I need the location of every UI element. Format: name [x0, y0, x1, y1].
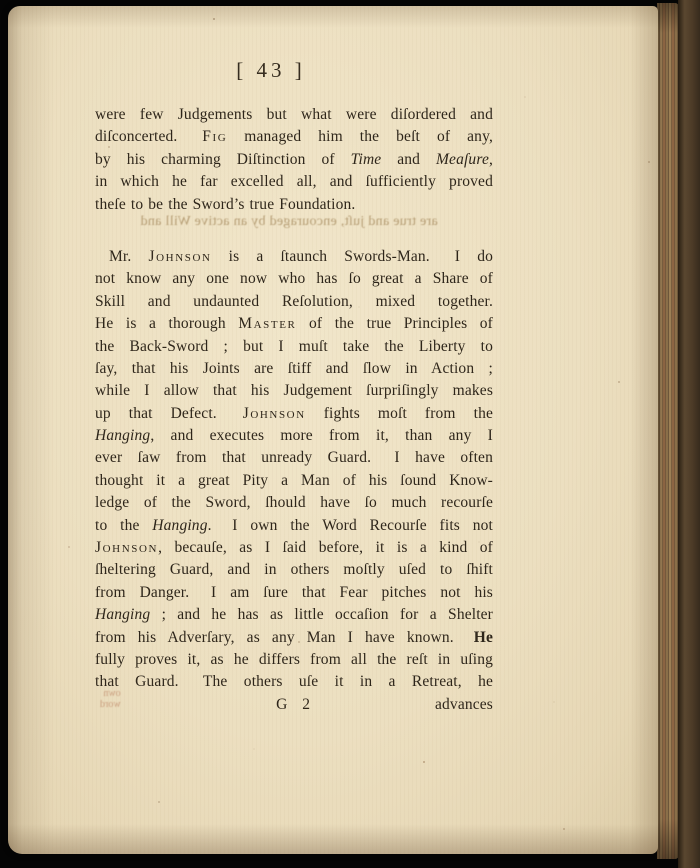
page-number: [ 43 ] — [72, 58, 470, 83]
text-segment: not know any one now who has ſo great a … — [95, 270, 493, 287]
text-line: ſheltering Guard, and in others moſtly u… — [95, 559, 493, 581]
text-line: were few Judgements but what were diſord… — [95, 104, 493, 126]
text-segment: Master — [238, 315, 296, 332]
text-line: to the Hanging. I own the Word Recourſe … — [95, 515, 493, 537]
text-segment: . I own the Word Recourſe fits not — [208, 517, 493, 534]
text-segment: is a ſtaunch Swords-Man. I do — [212, 248, 493, 265]
text-segment: of the true Principles of — [296, 315, 493, 332]
text-segment: from his Adverſary, as any Man I have kn… — [95, 629, 474, 646]
text-segment: fights moſt from the — [306, 405, 493, 422]
text-segment: were few Judgements but what were diſord… — [95, 106, 493, 123]
text-segment: , becauſe, as I ſaid before, it is a kin… — [158, 539, 493, 556]
text-line: by his charming Diſtinction of Time and … — [95, 149, 493, 171]
text-segment: theſe to be the Sword’s true Foundation. — [95, 196, 355, 213]
text-segment: that Guard. The others uſe it in a Retre… — [95, 673, 493, 690]
text-line: ever ſaw from that unready Guard. I have… — [95, 447, 493, 469]
text-segment: ; and he has as little occaſion for a Sh… — [150, 606, 493, 623]
text-line: from his Adverſary, as any Man I have kn… — [95, 627, 493, 649]
text-segment: ledge of the Sword, ſhould have ſo much … — [95, 494, 493, 511]
text-line: ſay, that his Joints are ſtiff and ſlow … — [95, 358, 493, 380]
text-line: ledge of the Sword, ſhould have ſo much … — [95, 492, 493, 514]
text-line: while I allow that his Judgement ſurpriſ… — [95, 380, 493, 402]
signature-mark: G 2 — [276, 694, 315, 716]
text-line: diſconcerted. Fig managed him the beſt o… — [95, 126, 493, 148]
paragraph: Mr. Johnson is a ſtaunch Swords-Man. I d… — [95, 246, 493, 694]
text-line: the Back-Sword ; but I muſt take the Lib… — [95, 336, 493, 358]
text-segment: Hanging — [152, 517, 207, 534]
text-segment: fully proves it, as he differs from all … — [95, 651, 493, 668]
text-line: theſe to be the Sword’s true Foundation. — [95, 194, 493, 216]
text-line: He is a thorough Master of the true Prin… — [95, 313, 493, 335]
text-line: fully proves it, as he differs from all … — [95, 649, 493, 671]
text-segment: Johnson — [149, 248, 212, 265]
text-segment: , and executes more from it, than any I — [150, 427, 493, 444]
book-page-edges — [657, 3, 679, 859]
text-segment: ever ſaw from that unready Guard. I have… — [95, 449, 493, 466]
text-segment: Hanging — [95, 606, 150, 623]
signature-line: G 2 advances — [95, 694, 493, 716]
text-segment: Fig — [202, 128, 227, 145]
text-segment: Meaſure — [436, 151, 489, 168]
text-segment: and — [381, 151, 436, 168]
text-line: Mr. Johnson is a ſtaunch Swords-Man. I d… — [95, 246, 493, 268]
text-segment: to the — [95, 517, 152, 534]
text-segment: Time — [351, 151, 382, 168]
text-segment: managed him the beſt of any, — [227, 128, 493, 145]
text-block: were few Judgements but what were diſord… — [95, 104, 493, 716]
text-line: from Danger. I am ſure that Fear pitches… — [95, 582, 493, 604]
text-segment: the Back-Sword ; but I muſt take the Lib… — [95, 338, 493, 355]
text-line: that Guard. The others uſe it in a Retre… — [95, 671, 493, 693]
text-segment: while I allow that his Judgement ſurpriſ… — [95, 382, 493, 399]
text-line: Skill and undaunted Reſolution, mixed to… — [95, 291, 493, 313]
text-segment: thought it a great Pity a Man of his ſou… — [95, 472, 493, 489]
text-segment: by his charming Diſtinction of — [95, 151, 351, 168]
text-segment: ſay, that his Joints are ſtiff and ſlow … — [95, 360, 493, 377]
book-page: [ 43 ] are true and juſt, encouraged by … — [8, 6, 658, 854]
text-segment: Skill and undaunted Reſolution, mixed to… — [95, 293, 493, 310]
text-segment: from Danger. I am ſure that Fear pitches… — [95, 584, 493, 601]
paragraphs-container: were few Judgements but what were diſord… — [95, 104, 493, 694]
text-segment: , — [489, 151, 493, 168]
text-segment: in which he far excelled all, and ſuffic… — [95, 173, 493, 190]
paragraph: were few Judgements but what were diſord… — [95, 104, 493, 216]
text-segment: Mr. — [109, 248, 149, 265]
text-segment: up that Defect. — [95, 405, 243, 422]
text-segment: He is a thorough — [95, 315, 238, 332]
text-line: in which he far excelled all, and ſuffic… — [95, 171, 493, 193]
text-segment: diſconcerted. — [95, 128, 202, 145]
text-segment: Johnson — [243, 405, 306, 422]
text-line: up that Defect. Johnson fights moſt from… — [95, 403, 493, 425]
book-scan: [ 43 ] are true and juſt, encouraged by … — [0, 0, 700, 868]
text-segment: ſheltering Guard, and in others moſtly u… — [95, 561, 493, 578]
text-line: Hanging, and executes more from it, than… — [95, 425, 493, 447]
text-segment: Johnson — [95, 539, 158, 556]
text-line: Johnson, becauſe, as I ſaid before, it i… — [95, 537, 493, 559]
text-line: Hanging ; and he has as little occaſion … — [95, 604, 493, 626]
text-line: not know any one now who has ſo great a … — [95, 268, 493, 290]
text-segment: Hanging — [95, 427, 150, 444]
book-cover — [678, 0, 700, 868]
text-segment: He — [474, 629, 493, 646]
text-line: thought it a great Pity a Man of his ſou… — [95, 470, 493, 492]
catchword: advances — [435, 694, 493, 716]
